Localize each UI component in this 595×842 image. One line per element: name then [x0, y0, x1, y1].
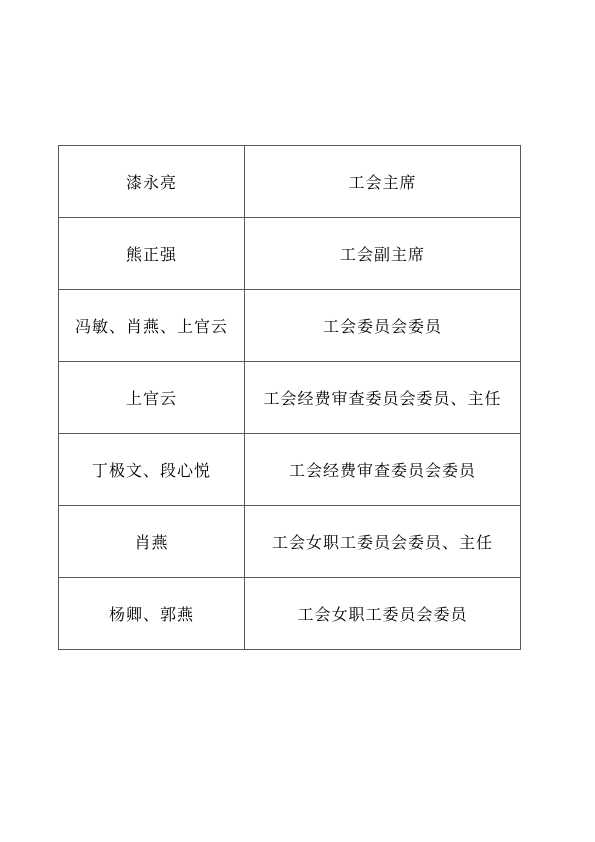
table-row: 冯敏、肖燕、上官云 工会委员会委员 [59, 290, 521, 362]
table-row: 熊正强 工会副主席 [59, 218, 521, 290]
position-cell: 工会女职工委员会委员、主任 [245, 506, 521, 578]
position-cell: 工会经费审查委员会委员、主任 [245, 362, 521, 434]
table-row: 上官云 工会经费审查委员会委员、主任 [59, 362, 521, 434]
member-names-cell: 丁极文、段心悦 [59, 434, 245, 506]
member-names-cell: 杨卿、郭燕 [59, 578, 245, 650]
position-cell: 工会经费审查委员会委员 [245, 434, 521, 506]
member-names-cell: 冯敏、肖燕、上官云 [59, 290, 245, 362]
position-cell: 工会委员会委员 [245, 290, 521, 362]
position-cell: 工会副主席 [245, 218, 521, 290]
member-names-cell: 肖燕 [59, 506, 245, 578]
position-cell: 工会女职工委员会委员 [245, 578, 521, 650]
document-page: { "page": { "background_color": "#ffffff… [0, 0, 595, 842]
union-officers-table: 漆永亮 工会主席 熊正强 工会副主席 冯敏、肖燕、上官云 工会委员会委员 上官云… [58, 145, 521, 650]
position-cell: 工会主席 [245, 146, 521, 218]
table-row: 杨卿、郭燕 工会女职工委员会委员 [59, 578, 521, 650]
table-row: 丁极文、段心悦 工会经费审查委员会委员 [59, 434, 521, 506]
member-names-cell: 漆永亮 [59, 146, 245, 218]
table-row: 肖燕 工会女职工委员会委员、主任 [59, 506, 521, 578]
member-names-cell: 熊正强 [59, 218, 245, 290]
table-body: 漆永亮 工会主席 熊正强 工会副主席 冯敏、肖燕、上官云 工会委员会委员 上官云… [59, 146, 521, 650]
member-names-cell: 上官云 [59, 362, 245, 434]
table-row: 漆永亮 工会主席 [59, 146, 521, 218]
